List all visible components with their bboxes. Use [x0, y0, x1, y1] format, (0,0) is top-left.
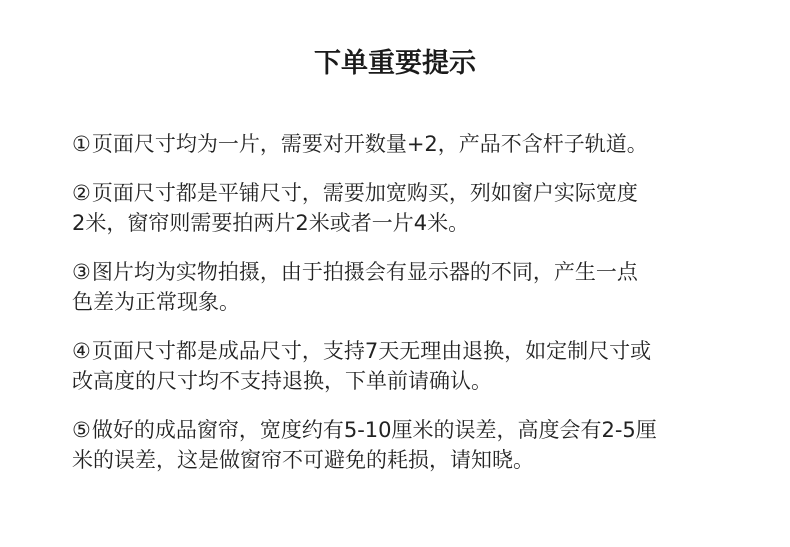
notice-list: ①页面尺寸均为一片，需要对开数量+2，产品不含杆子轨道。 ②页面尺寸都是平铺尺寸…: [72, 129, 722, 494]
notice-line: 2米，窗帘则需要拍两片2米或者一片4米。: [72, 211, 469, 235]
notice-item-4: ④页面尺寸都是成品尺寸，支持7天无理由退换，如定制尺寸或改高度的尺寸均不支持退换…: [72, 336, 722, 396]
notice-line: 色差为正常现象。: [72, 290, 240, 314]
notice-line: 米的误差，这是做窗帘不可避免的耗损，请知晓。: [72, 448, 534, 472]
notice-number: ③: [72, 260, 91, 284]
notice-line: 页面尺寸都是成品尺寸，支持7天无理由退换，如定制尺寸或: [92, 339, 651, 363]
notice-line: 页面尺寸都是平铺尺寸，需要加宽购买，列如窗户实际宽度: [92, 181, 638, 205]
notice-line: 改高度的尺寸均不支持退换，下单前请确认。: [72, 369, 492, 393]
notice-number: ④: [72, 339, 91, 363]
notice-item-1: ①页面尺寸均为一片，需要对开数量+2，产品不含杆子轨道。: [72, 129, 722, 159]
notice-item-5: ⑤做好的成品窗帘，宽度约有5-10厘米的误差，高度会有2-5厘米的误差，这是做窗…: [72, 415, 722, 475]
notice-item-3: ③图片均为实物拍摄，由于拍摄会有显示器的不同，产生一点色差为正常现象。: [72, 257, 722, 317]
notice-number: ②: [72, 181, 91, 205]
notice-number: ①: [72, 132, 91, 156]
notice-number: ⑤: [72, 418, 91, 442]
notice-line: 图片均为实物拍摄，由于拍摄会有显示器的不同，产生一点: [92, 260, 638, 284]
notice-line: 做好的成品窗帘，宽度约有5-10厘米的误差，高度会有2-5厘: [92, 418, 657, 442]
page-title: 下单重要提示: [0, 44, 790, 84]
notice-item-2: ②页面尺寸都是平铺尺寸，需要加宽购买，列如窗户实际宽度2米，窗帘则需要拍两片2米…: [72, 178, 722, 238]
notice-line: 页面尺寸均为一片，需要对开数量+2，产品不含杆子轨道。: [92, 132, 648, 156]
